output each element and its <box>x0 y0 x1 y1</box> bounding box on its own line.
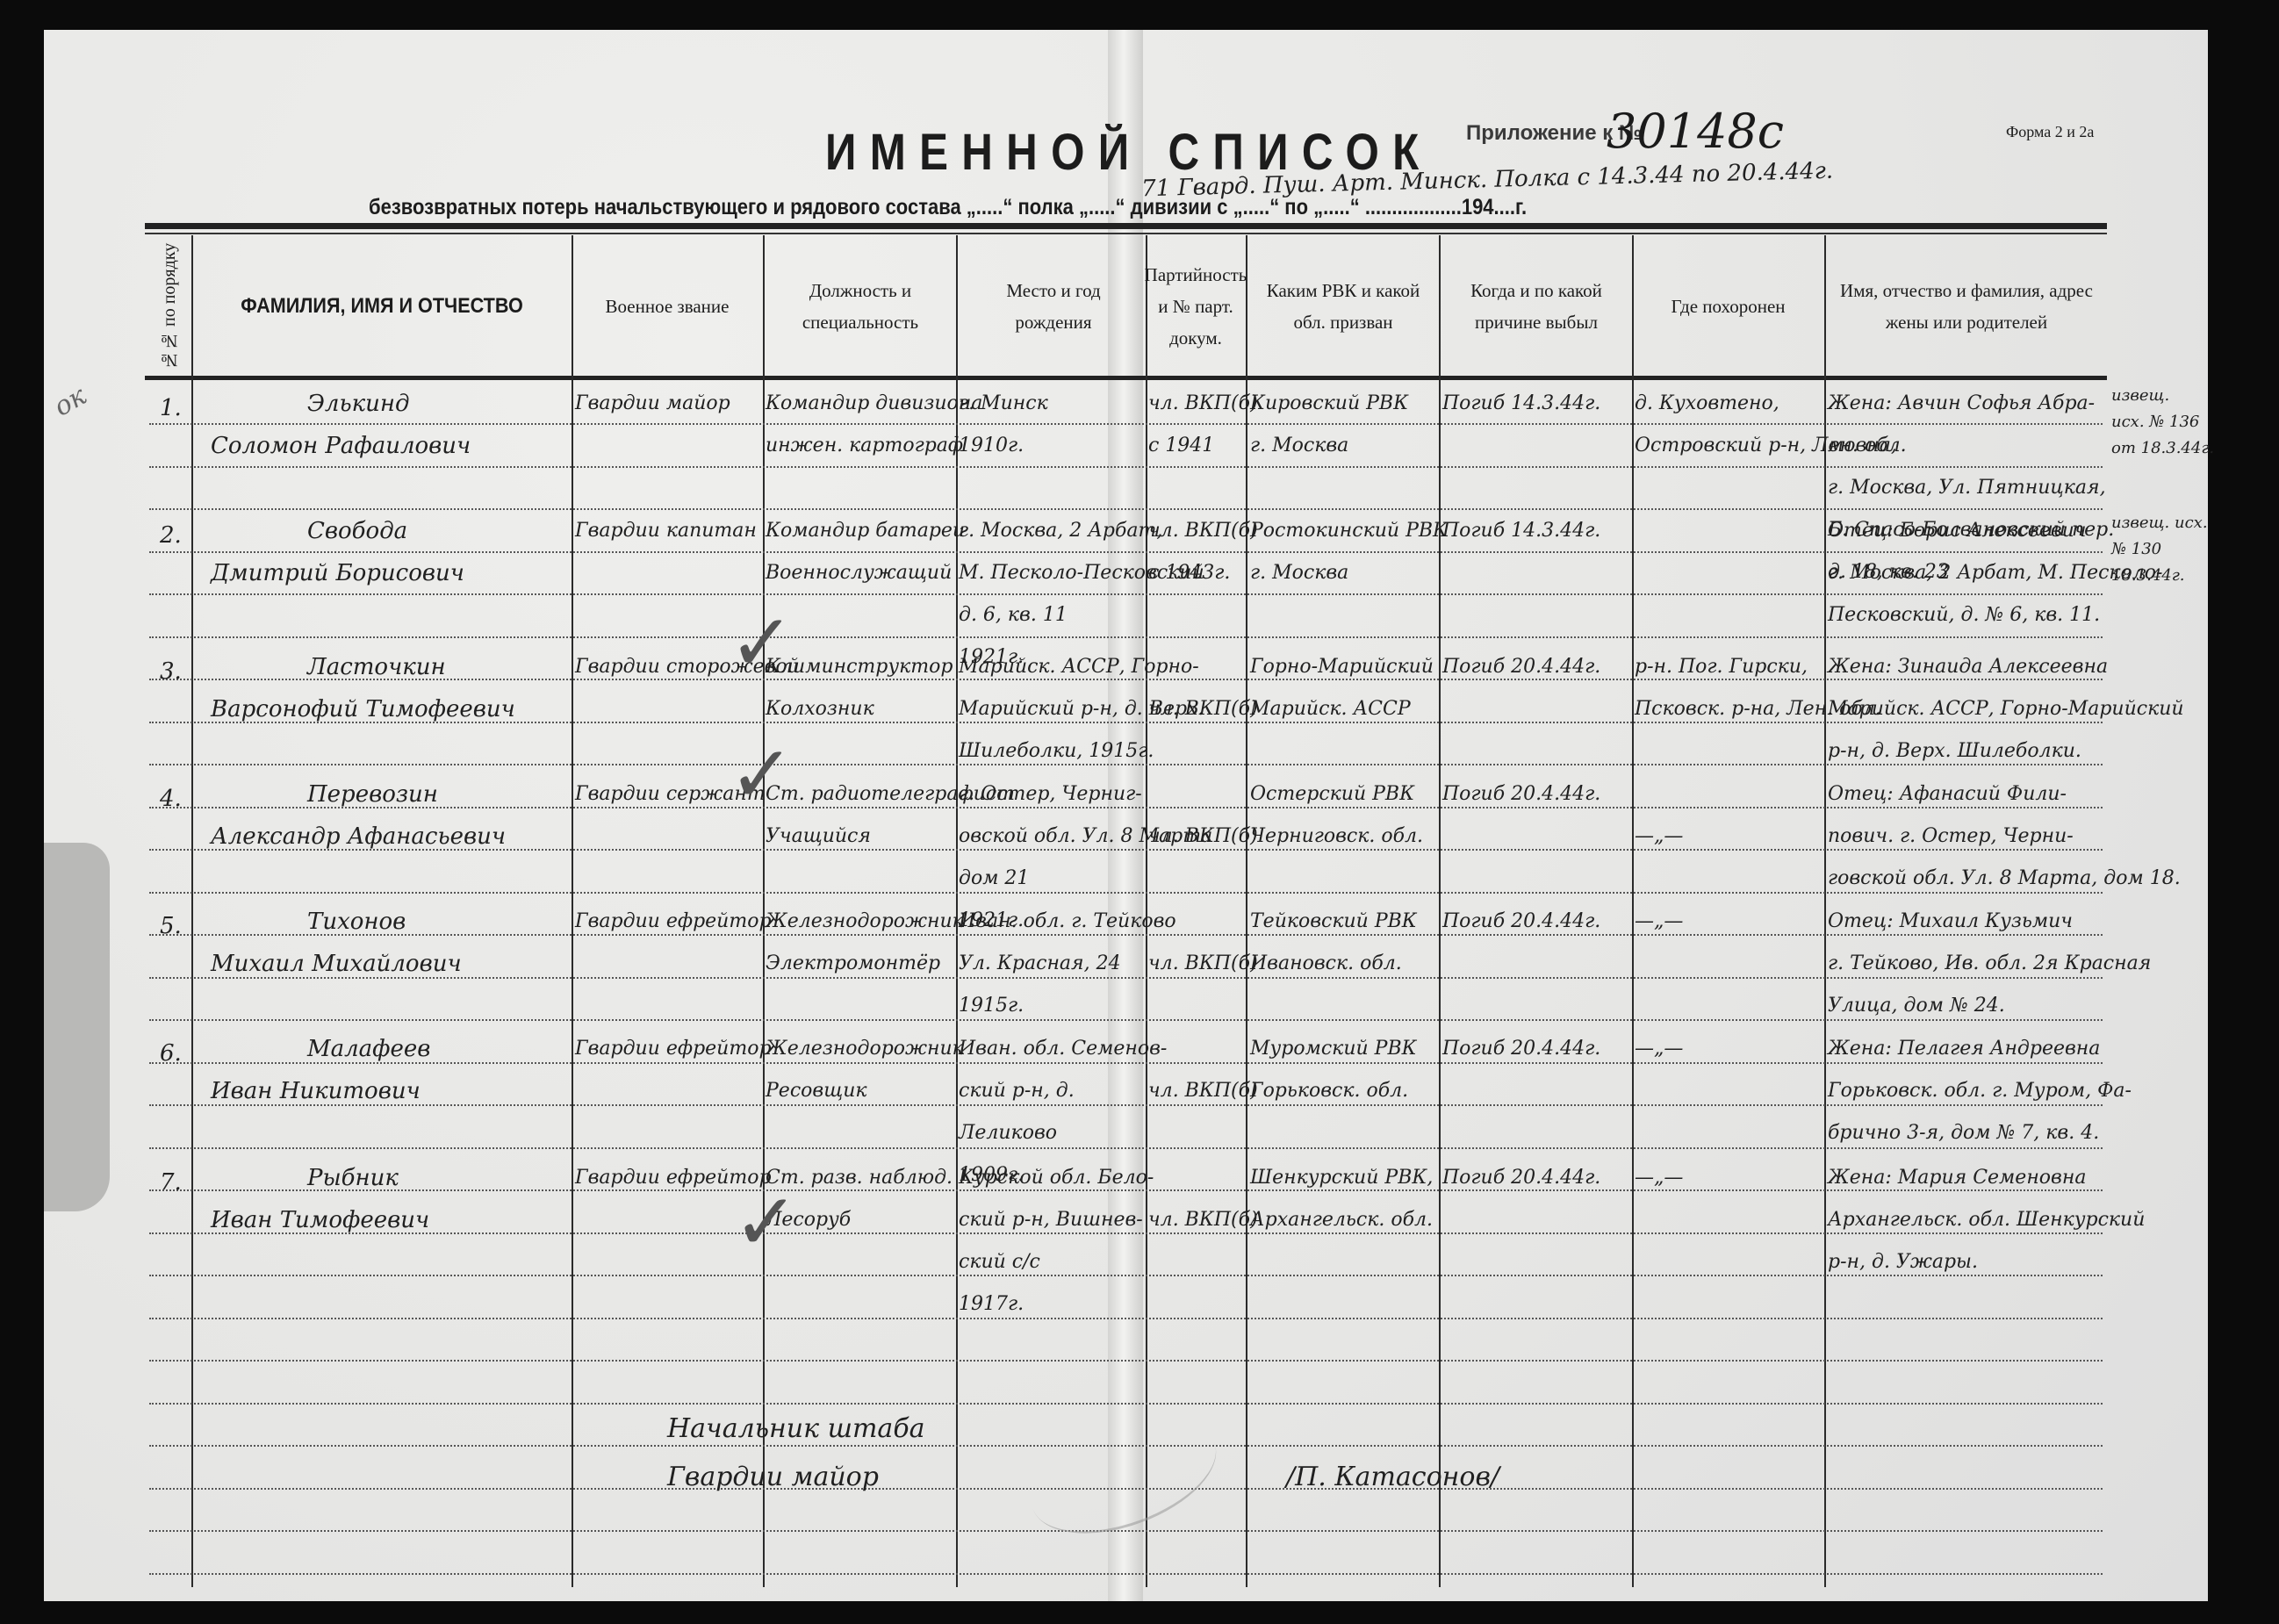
birth-line: ский р-н, д. <box>959 1070 1145 1112</box>
when-line: Погиб 20.4.44г. <box>1442 1157 1630 1199</box>
name-line: Малафеев <box>211 1028 562 1070</box>
header-rank: Военное звание <box>573 239 761 374</box>
buried-line: Островский р-н, Лен. обл. <box>1635 425 1822 467</box>
birth-line: г. Остер, Черниг- <box>959 773 1145 816</box>
cell-kin: Отец: Борис Алексеевичг. Москва, 2 Арбат… <box>1828 510 2109 636</box>
cell-when: Погиб 20.4.44г. <box>1442 1157 1630 1199</box>
post-line: инжен. картограф <box>766 425 954 467</box>
kin-line: г. Москва, Ул. Пятницкая, <box>1828 467 2109 509</box>
post-line: Командир батареи <box>766 510 954 552</box>
name-line: Рыбник <box>211 1157 562 1199</box>
birth-line: Леликово <box>959 1112 1145 1154</box>
cell-kin: Жена: Пелагея АндреевнаГорьковск. обл. г… <box>1828 1028 2109 1154</box>
cell-party: чл. ВКП(б)с 1943г. <box>1148 510 1245 594</box>
name-line: Иван Тимофеевич <box>211 1199 562 1241</box>
kin-line: Архангельск. обл. Шенкурский <box>1828 1199 2109 1241</box>
note-line: 18.3.44г. <box>2111 563 2208 589</box>
party-line: чл. ВКП(б) <box>1148 383 1245 425</box>
note-line: № 130 <box>2111 536 2208 563</box>
kin-line: Жена: Зинаида Алексеевна <box>1828 646 2109 688</box>
birth-line: Марийск. АССР, Горно- <box>959 646 1145 688</box>
cell-note: извещ. исх.№ 13018.3.44г. <box>2111 510 2208 589</box>
buried-line: д. Куховтено, <box>1635 383 1822 425</box>
birth-line: 1915г. <box>959 985 1145 1027</box>
dotted-line <box>149 1530 2103 1532</box>
rvk-line: Черниговск. обл. <box>1250 816 1438 858</box>
cell-kin: Отец: Михаил Кузьмичг. Тейково, Ив. обл.… <box>1828 901 2109 1027</box>
cell-birth: Иван. обл. г. ТейковоУл. Красная, 241915… <box>959 901 1145 1027</box>
birth-line: Иван. обл. Семенов- <box>959 1028 1145 1070</box>
rvk-line: Остерский РВК <box>1250 773 1438 816</box>
cell-note: извещ.исх. № 136от 18.3.44г. <box>2111 383 2208 462</box>
party-line: чл. ВКП(б) <box>1148 1199 1245 1241</box>
party-line: чл. ВКП(б) <box>1148 1070 1245 1112</box>
dotted-line <box>149 1403 2103 1405</box>
cell-rvk: Горно-МарийскийМарийск. АССР <box>1250 646 1438 730</box>
check-mark-icon: ✓ <box>733 1176 799 1268</box>
buried-line: —„— <box>1635 1028 1822 1070</box>
buried-line: р-н. Пог. Гирски, <box>1635 646 1822 688</box>
kin-line: пович. г. Остер, Черни- <box>1828 816 2109 858</box>
cell-when: Погиб 20.4.44г. <box>1442 1028 1630 1070</box>
torn-edge <box>44 843 110 1211</box>
post-line: Учащийся <box>766 816 954 858</box>
kin-line: Песковский, д. № 6, кв. 11. <box>1828 594 2109 636</box>
form-label: Форма 2 и 2а <box>2006 123 2094 141</box>
post-line: Колхозник <box>766 688 954 730</box>
check-mark-icon: ✓ <box>729 729 794 821</box>
kin-line: Отец: Борис Алексеевич <box>1828 510 2109 552</box>
cell-party: чл. ВКП(б) <box>1148 1157 1245 1241</box>
dotted-line <box>149 1573 2103 1575</box>
rvk-line: Шенкурский РВК, <box>1250 1157 1438 1199</box>
cell-when: Погиб 20.4.44г. <box>1442 646 1630 688</box>
cell-party: чл. ВКП(б)с 1941 <box>1148 383 1245 467</box>
cell-buried: —„— <box>1635 773 1822 858</box>
cell-name: ПеревозинАлександр Афанасьевич <box>211 773 562 858</box>
kin-line: брично 3-я, дом № 7, кв. 4. <box>1828 1112 2109 1154</box>
check-mark-icon: ✓ <box>729 597 794 689</box>
row-number: 7. <box>160 1169 182 1196</box>
party-line <box>1148 773 1245 816</box>
kin-line: р-н, д. Ужары. <box>1828 1241 2109 1283</box>
name-line: Перевозин <box>211 773 562 816</box>
signature-position-line1: Начальник штаба <box>667 1413 925 1444</box>
birth-line: ский р-н, Вишнев- <box>959 1199 1145 1241</box>
party-line <box>1148 901 1245 943</box>
rank-line: Гвардии ефрейтор <box>575 1028 759 1070</box>
header-buried: Где похоронен <box>1634 239 1822 374</box>
cell-buried: —„— <box>1635 1028 1822 1070</box>
cell-rvk: Ростокинский РВКг. Москва <box>1250 510 1438 594</box>
cell-rank: Гвардии ефрейтор <box>575 901 759 943</box>
post-line: Ресовщик <box>766 1070 954 1112</box>
kin-line: Марийск. АССР, Горно-Марийский <box>1828 688 2109 730</box>
birth-line: Ул. Красная, 24 <box>959 943 1145 985</box>
birth-line: 1917г. <box>959 1283 1145 1326</box>
kin-line: Жена: Авчин Софья Абра- <box>1828 383 2109 425</box>
header-rule-top <box>145 223 2107 229</box>
row-number: 6. <box>160 1040 182 1067</box>
header-no: №№ по порядку <box>149 239 190 374</box>
cell-buried: —„— <box>1635 1157 1822 1199</box>
rvk-line: Архангельск. обл. <box>1250 1199 1438 1241</box>
cell-post: Командир дивизионаинжен. картограф <box>766 383 954 467</box>
cell-rvk: Тейковский РВКИвановск. обл. <box>1250 901 1438 985</box>
when-line: Погиб 14.3.44г. <box>1442 510 1630 552</box>
rvk-line: Марийск. АССР <box>1250 688 1438 730</box>
dotted-line <box>149 1360 2103 1362</box>
cell-birth: Марийск. АССР, Горно-Марийский р-н, д. В… <box>959 646 1145 772</box>
header-when: Когда и по какой причине выбыл <box>1457 239 1615 374</box>
kin-line: Горьковск. обл. г. Муром, Фа- <box>1828 1070 2109 1112</box>
cell-rvk: Муромский РВКГорьковск. обл. <box>1250 1028 1438 1112</box>
when-line: Погиб 20.4.44г. <box>1442 901 1630 943</box>
birth-line: Марийский р-н, д. Верх. <box>959 688 1145 730</box>
birth-line: д. 6, кв. 11 <box>959 594 1145 636</box>
cell-kin: Жена: Мария СеменовнаАрхангельск. обл. Ш… <box>1828 1157 2109 1283</box>
when-line: Погиб 20.4.44г. <box>1442 646 1630 688</box>
birth-line: овской обл. Ул. 8 Марта <box>959 816 1145 858</box>
cell-when: Погиб 20.4.44г. <box>1442 901 1630 943</box>
col-line <box>191 235 193 1587</box>
header-birth: Место и год рождения <box>983 239 1124 374</box>
cell-post: Командир батареиВоеннослужащий <box>766 510 954 594</box>
buried-line: Псковск. р-на, Лен. обл. <box>1635 688 1822 730</box>
cell-rvk: Остерский РВКЧерниговск. обл. <box>1250 773 1438 858</box>
name-line: Ласточкин <box>211 646 562 688</box>
when-line: Погиб 14.3.44г. <box>1442 383 1630 425</box>
kin-line: мовна, <box>1828 425 2109 467</box>
cell-party: чл. ВКП(б) <box>1148 901 1245 985</box>
birth-line: ский с/с <box>959 1241 1145 1283</box>
party-line <box>1148 646 1245 688</box>
note-line: исх. № 136 <box>2111 409 2208 435</box>
rvk-line: Ивановск. обл. <box>1250 943 1438 985</box>
kin-line: говской обл. Ул. 8 Марта, дом 18. <box>1828 858 2109 900</box>
note-line: извещ. исх. <box>2111 510 2208 536</box>
birth-line: дом 21 <box>959 858 1145 900</box>
party-line: с 1943г. <box>1148 552 1245 594</box>
row-number: 4. <box>160 786 182 812</box>
header-name: ФАМИЛИЯ, ИМЯ И ОТЧЕСТВО <box>212 239 552 374</box>
kin-line: Жена: Пелагея Андреевна <box>1828 1028 2109 1070</box>
col-line <box>1246 235 1247 1587</box>
cell-name: ЭлькиндСоломон Рафаилович <box>211 383 562 467</box>
cell-party: чл. ВКП(б) <box>1148 773 1245 858</box>
col-line <box>572 235 573 1587</box>
note-line: извещ. <box>2111 383 2208 409</box>
party-line: чл. ВКП(б) <box>1148 688 1245 730</box>
buried-line <box>1635 773 1822 816</box>
cell-post: ЖелезнодорожникРесовщик <box>766 1028 954 1112</box>
cell-rvk: Шенкурский РВК,Архангельск. обл. <box>1250 1157 1438 1241</box>
header-party: Партийность и № парт. докум. <box>1147 239 1244 374</box>
document-subtitle: безвозвратных потерь начальствующего и р… <box>369 195 1527 220</box>
signature-name: /П. Катасонов/ <box>1286 1462 1499 1492</box>
rvk-line: г. Москва <box>1250 552 1438 594</box>
name-line: Александр Афанасьевич <box>211 816 562 858</box>
header-kin: Имя, отчество и фамилия, адрес жены или … <box>1835 239 2098 374</box>
note-line: от 18.3.44г. <box>2111 435 2208 462</box>
cell-name: МалафеевИван Никитович <box>211 1028 562 1112</box>
cell-when: Погиб 14.3.44г. <box>1442 510 1630 552</box>
cell-kin: Жена: Зинаида АлексеевнаМарийск. АССР, Г… <box>1828 646 2109 772</box>
row-number: 1. <box>160 395 182 421</box>
cell-rvk: Кировский РВКг. Москва <box>1250 383 1438 467</box>
name-line: Элькинд <box>211 383 562 425</box>
row-number: 5. <box>160 913 182 939</box>
post-line: Командир дивизиона <box>766 383 954 425</box>
cell-rank: Гвардии капитан <box>575 510 759 552</box>
cell-post: ЖелезнодорожникЭлектромонтёр <box>766 901 954 985</box>
cell-name: ТихоновМихаил Михайлович <box>211 901 562 985</box>
header-rvk: Каким РВК и какой обл. призван <box>1251 239 1435 374</box>
rank-line: Гвардии капитан <box>575 510 759 552</box>
name-line: Тихонов <box>211 901 562 943</box>
birth-line: Иван. обл. г. Тейково <box>959 901 1145 943</box>
rvk-line: Тейковский РВК <box>1250 901 1438 943</box>
birth-line: г. Москва, 2 Арбат, <box>959 510 1145 552</box>
header-post: Должность и специальность <box>786 239 935 374</box>
birth-line: г. Минск <box>959 383 1145 425</box>
cell-birth: Курской обл. Бело-ский р-н, Вишнев-ский … <box>959 1157 1145 1326</box>
row-number: 3. <box>160 658 182 685</box>
rvk-line: Горно-Марийский <box>1250 646 1438 688</box>
rvk-line: Ростокинский РВК <box>1250 510 1438 552</box>
post-line: Военнослужащий <box>766 552 954 594</box>
birth-line: 1910г. <box>959 425 1145 467</box>
post-line: Электромонтёр <box>766 943 954 985</box>
party-line: чл. ВКП(б) <box>1148 943 1245 985</box>
cell-name: СвободаДмитрий Борисович <box>211 510 562 594</box>
party-line: с 1941 <box>1148 425 1245 467</box>
cell-birth: г. Минск1910г. <box>959 383 1145 467</box>
cell-buried: р-н. Пог. Гирски,Псковск. р-на, Лен. обл… <box>1635 646 1822 730</box>
kin-line: Отец: Афанасий Фили- <box>1828 773 2109 816</box>
cell-rank: Гвардии ефрейтор <box>575 1028 759 1070</box>
party-line <box>1148 1028 1245 1070</box>
cell-name: ЛасточкинВарсонофий Тимофеевич <box>211 646 562 730</box>
kin-line: Улица, дом № 24. <box>1828 985 2109 1027</box>
cell-buried: —„— <box>1635 901 1822 943</box>
post-line: Железнодорожник <box>766 1028 954 1070</box>
cell-name: РыбникИван Тимофеевич <box>211 1157 562 1241</box>
birth-line: Курской обл. Бело- <box>959 1157 1145 1199</box>
header-rule-top-thin <box>145 233 2107 234</box>
kin-line: р-н, д. Верх. Шилеболки. <box>1828 730 2109 772</box>
header-rule-bottom <box>145 376 2107 380</box>
birth-line: М. Песколо-Песковский <box>959 552 1145 594</box>
rvk-line: Муромский РВК <box>1250 1028 1438 1070</box>
rvk-line: Кировский РВК <box>1250 383 1438 425</box>
name-line: Соломон Рафаилович <box>211 425 562 467</box>
birth-line: Шилеболки, 1915г. <box>959 730 1145 772</box>
rank-line: Гвардии ефрейтор <box>575 901 759 943</box>
cell-party: чл. ВКП(б) <box>1148 1028 1245 1112</box>
rvk-line: Горьковск. обл. <box>1250 1070 1438 1112</box>
cell-kin: Отец: Афанасий Фили-пович. г. Остер, Чер… <box>1828 773 2109 900</box>
name-line: Свобода <box>211 510 562 552</box>
name-line: Дмитрий Борисович <box>211 552 562 594</box>
name-line: Михаил Михайлович <box>211 943 562 985</box>
cell-when: Погиб 14.3.44г. <box>1442 383 1630 425</box>
col-line <box>1439 235 1441 1587</box>
when-line: Погиб 20.4.44г. <box>1442 1028 1630 1070</box>
cell-rank: Гвардии майор <box>575 383 759 425</box>
cell-when: Погиб 20.4.44г. <box>1442 773 1630 816</box>
post-line: Железнодорожник <box>766 901 954 943</box>
cell-party: чл. ВКП(б) <box>1148 646 1245 730</box>
party-line: чл. ВКП(б) <box>1148 816 1245 858</box>
signature-position-line2: Гвардии майор <box>667 1462 879 1492</box>
name-line: Варсонофий Тимофеевич <box>211 688 562 730</box>
name-line: Иван Никитович <box>211 1070 562 1112</box>
rank-line: Гвардии ефрейтор <box>575 1157 759 1199</box>
stamp-number: 30148с <box>1607 104 1784 159</box>
kin-line: Отец: Михаил Кузьмич <box>1828 901 2109 943</box>
kin-line: г. Тейково, Ив. обл. 2я Красная <box>1828 943 2109 985</box>
buried-line: —„— <box>1635 901 1822 943</box>
buried-line: —„— <box>1635 816 1822 858</box>
kin-line: Жена: Мария Семеновна <box>1828 1157 2109 1199</box>
party-line: чл. ВКП(б) <box>1148 510 1245 552</box>
buried-line: —„— <box>1635 1157 1822 1199</box>
party-line <box>1148 1157 1245 1199</box>
rvk-line: г. Москва <box>1250 425 1438 467</box>
cell-rank: Гвардии ефрейтор <box>575 1157 759 1199</box>
rank-line: Гвардии майор <box>575 383 759 425</box>
when-line: Погиб 20.4.44г. <box>1442 773 1630 816</box>
kin-line: г. Москва, 2 Арбат, М. Песколо- <box>1828 552 2109 594</box>
col-line <box>1632 235 1634 1587</box>
row-number: 2. <box>160 522 182 549</box>
cell-buried: д. Куховтено,Островский р-н, Лен. обл. <box>1635 383 1822 467</box>
